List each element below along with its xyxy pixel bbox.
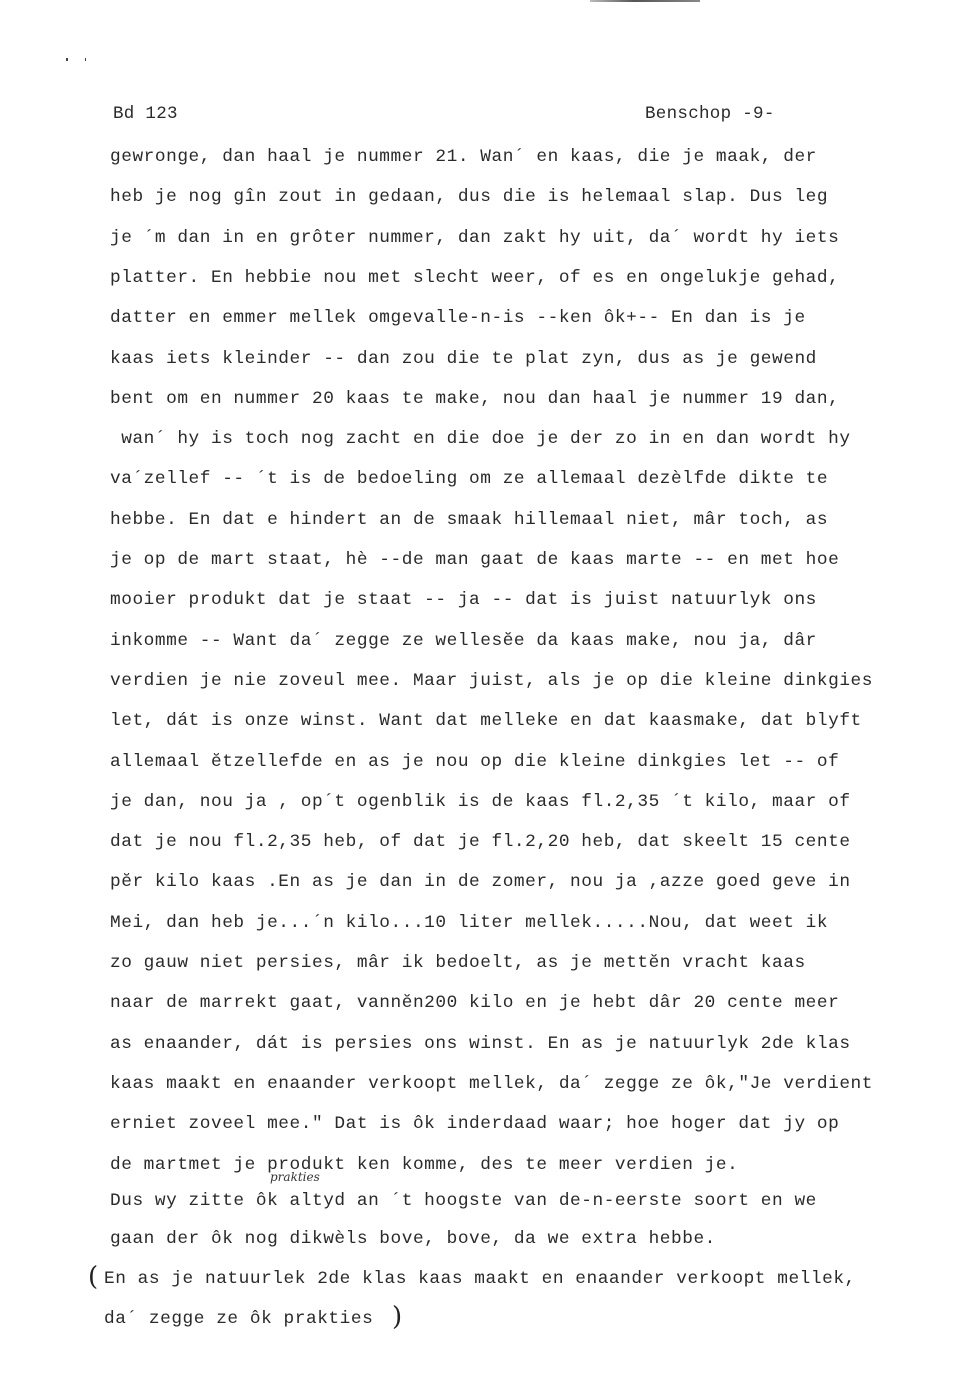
transcript-line: verdien je nie zoveul mee. Maar juist, a… <box>110 670 873 692</box>
transcript-line: da´ zegge ze ôk prakties <box>104 1308 373 1330</box>
scan-speck <box>85 58 86 61</box>
transcript-line: bent om en nummer 20 kaas te make, nou d… <box>110 388 839 410</box>
transcript-line: kaas maakt en enaander verkoopt mellek, … <box>110 1073 873 1095</box>
handwritten-insertion: prakties <box>270 1170 320 1184</box>
document-reference: Bd 123 <box>113 104 178 124</box>
transcript-line: allemaal ĕtzellefde en as je nou op die … <box>110 751 839 773</box>
transcript-line: Dus wy zitte ôk altyd an ´t hoogste van … <box>110 1190 817 1212</box>
open-bracket-mark: ( <box>88 1262 98 1292</box>
transcript-line: Mei, dan heb je...´n kilo...10 liter mel… <box>110 912 828 934</box>
transcript-line: pĕr kilo kaas .En as je dan in de zomer,… <box>110 871 851 893</box>
transcript-line: kaas iets kleinder -- dan zou die te pla… <box>110 348 817 370</box>
transcript-line: inkomme -- Want da´ zegge ze wellesĕe da… <box>110 630 817 652</box>
transcript-line: gewronge, dan haal je nummer 21. Wan´ en… <box>110 146 817 168</box>
transcript-line: as enaander, dát is persies ons winst. E… <box>110 1033 851 1055</box>
transcript-line: platter. En hebbie nou met slecht weer, … <box>110 267 839 289</box>
transcript-line: je op de mart staat, hè --de man gaat de… <box>110 549 839 571</box>
close-bracket-mark: ) <box>392 1302 402 1332</box>
transcript-line: va´zellef -- ´t is de bedoeling om ze al… <box>110 468 828 490</box>
transcript-line: naar de marrekt gaat, vannĕn200 kilo en … <box>110 992 839 1014</box>
transcript-line: let, dát is onze winst. Want dat melleke… <box>110 710 862 732</box>
transcript-line: je dan, nou ja , op´t ogenblik is de kaa… <box>110 791 851 813</box>
scan-edge-line <box>590 0 700 2</box>
place-and-page-number: Benschop -9- <box>645 104 775 124</box>
transcript-line: je ´m dan in en grôter nummer, dan zakt … <box>110 227 839 249</box>
transcript-line: dat je nou fl.2,35 heb, of dat je fl.2,2… <box>110 831 851 853</box>
transcript-line: hebbe. En dat e hindert an de smaak hill… <box>110 509 828 531</box>
transcript-line: gaan der ôk nog dikwèls bove, bove, da w… <box>110 1228 716 1250</box>
document-page: Bd 123 Benschop -9- gewronge, dan haal j… <box>0 0 960 1377</box>
transcript-line: zo gauw niet persies, mâr ik bedoelt, as… <box>110 952 806 974</box>
transcript-line: de martmet je produkt ken komme, des te … <box>110 1154 738 1176</box>
transcript-line: erniet zoveel mee." Dat is ôk inderdaad … <box>110 1113 839 1135</box>
transcript-line: heb je nog gîn zout in gedaan, dus die i… <box>110 186 828 208</box>
scan-speck <box>66 58 68 61</box>
transcript-line: mooier produkt dat je staat -- ja -- dat… <box>110 589 817 611</box>
transcript-line: En as je natuurlek 2de klas kaas maakt e… <box>104 1268 856 1290</box>
transcript-line: wan´ hy is toch nog zacht en die doe je … <box>110 428 851 450</box>
transcript-line: datter en emmer mellek omgevalle-n-is --… <box>110 307 806 329</box>
